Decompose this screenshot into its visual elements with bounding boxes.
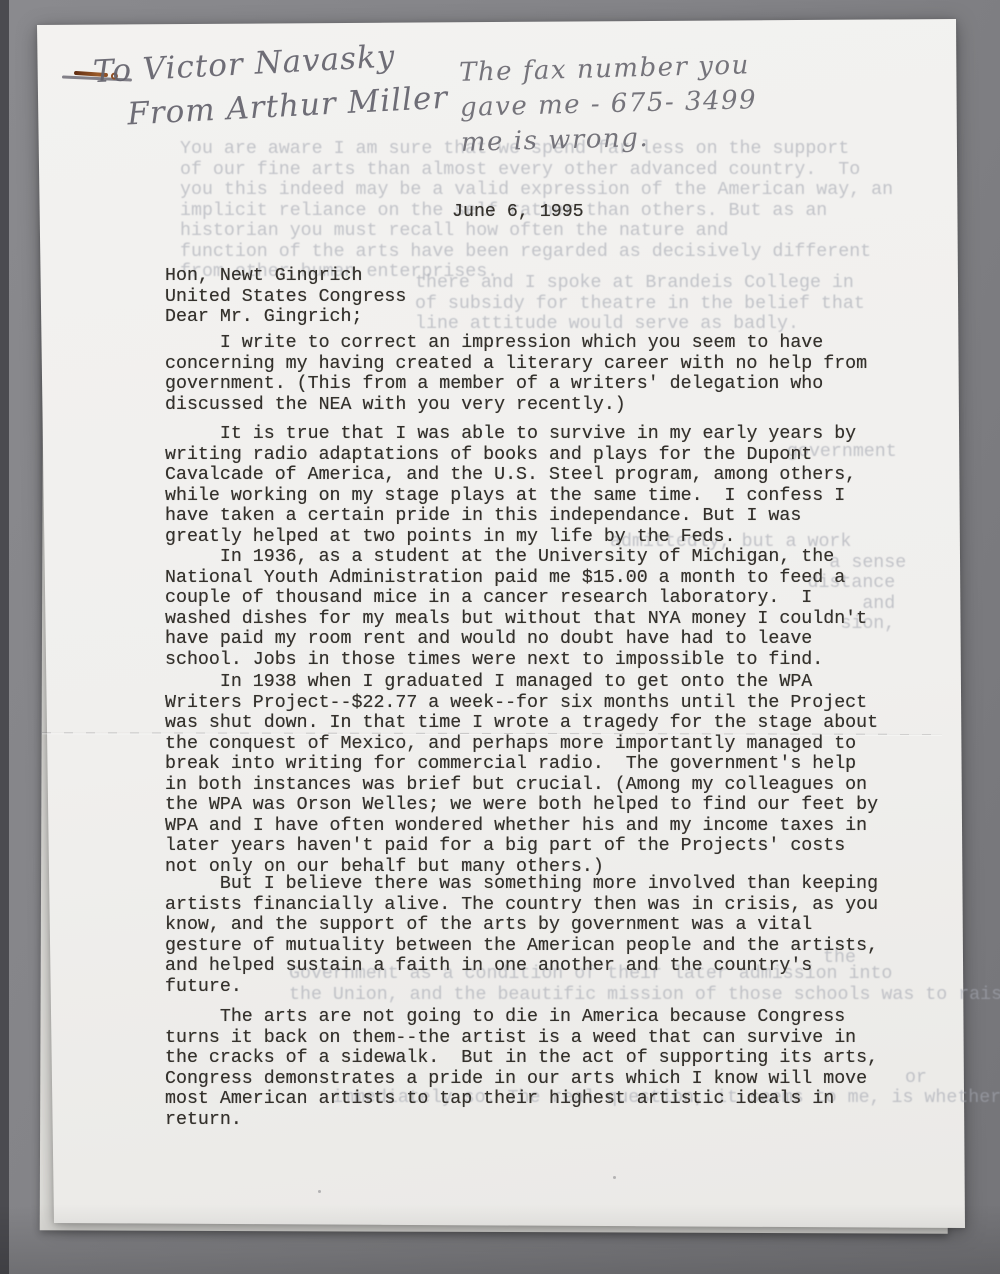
handwritten-line: From Arthur Miller — [127, 83, 449, 131]
bleed-through-text: or — [905, 1068, 927, 1089]
dust-speck — [613, 1176, 616, 1179]
paragraph-5: But I believe there was something more i… — [165, 874, 878, 997]
dust-speck — [318, 1190, 321, 1193]
letter-content: You are aware I am sure that we spend fa… — [0, 0, 1000, 1274]
paragraph-6: The arts are not going to die in America… — [165, 1007, 878, 1130]
handwritten-note-recipient: To Victor Navasky From Arthur Miller — [92, 39, 449, 132]
paragraph-2: It is true that I was able to survive in… — [165, 424, 856, 547]
handwritten-note-fax: The fax number you gave me - 675- 3499 m… — [459, 48, 759, 161]
scanned-letter-photo: You are aware I am sure that we spend fa… — [0, 0, 1000, 1274]
recipient-address-block: Hon, Newt Gingrich United States Congres… — [165, 266, 406, 328]
paragraph-1: I write to correct an impression which y… — [165, 333, 867, 415]
paragraph-4: In 1938 when I graduated I managed to ge… — [165, 672, 878, 877]
letter-date: June 6, 1995 — [452, 202, 584, 223]
paragraph-3: In 1936, as a student at the University … — [165, 547, 867, 670]
handwritten-line: To Victor Navasky — [92, 38, 396, 90]
bleed-through-text: there and I spoke at Brandeis College in… — [415, 273, 865, 335]
